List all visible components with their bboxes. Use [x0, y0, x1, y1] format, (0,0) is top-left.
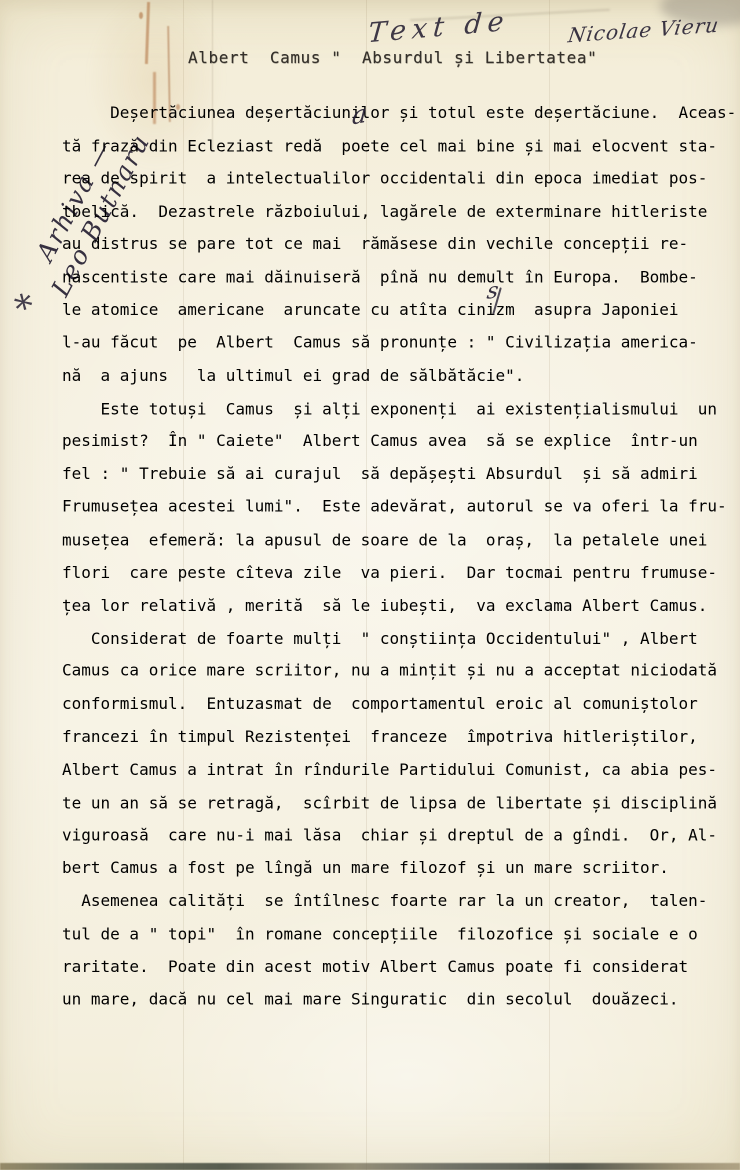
typed-line: bert Camus a fost pe lîngă un mare filoz… [62, 852, 740, 885]
typed-line: viguroasă care nu-i mai lăsa chiar și dr… [62, 819, 740, 852]
typed-line: tbelică. Dezastrele războiului, lagărele… [62, 196, 740, 229]
typed-line: Deșertăciunea deșertăciunilor și totul e… [62, 97, 740, 130]
page-title: Albert Camus " Absurdul și Libertatea" [188, 48, 597, 67]
handwritten-note-text-de: Text de [367, 6, 511, 50]
scanned-typewritten-page: Text de Nicolae Vieru Arhiva — Leo Butna… [0, 0, 740, 1170]
typed-line: tă frază din Ecleziast redă poete cel ma… [62, 130, 740, 163]
typed-line: un mare, dacă nu cel mai mare Singuratic… [62, 983, 740, 1016]
typed-line: Camus ca orice mare scriitor, nu a minți… [62, 655, 740, 688]
typed-line: flori care peste cîteva zile va pieri. D… [62, 557, 740, 590]
typed-line: au distrus se pare tot ce mai rămăsese d… [62, 228, 740, 261]
typed-line: Albert Camus a intrat în rîndurile Parti… [62, 754, 740, 787]
scan-bottom-edge [0, 1163, 740, 1170]
typed-line: le atomice americane aruncate cu atîta c… [62, 294, 740, 327]
typed-line: francezi în timpul Rezistenței franceze … [62, 721, 740, 754]
typed-line: țea lor relativă , merită să le iubești,… [62, 590, 740, 623]
typed-line: Frumusețea acestei lumi". Este adevărat,… [62, 491, 740, 524]
typed-line: nascentiste care mai dăinuiseră pînă nu … [62, 262, 740, 295]
typed-line: pesimist? În " Caiete" Albert Camus avea… [62, 425, 740, 458]
rust-stain [139, 12, 143, 19]
typed-line: fel : " Trebuie să ai curajul să depășeș… [62, 458, 740, 491]
typed-line: rea de spirit a intelectualilor occident… [62, 162, 740, 195]
typed-line: raritate. Poate din acest motiv Albert C… [62, 951, 740, 984]
handwritten-author-name: Nicolae Vieru [566, 13, 720, 48]
typed-line: Considerat de foarte mulți " conștiința … [62, 623, 740, 656]
document-body: Deșertăciunea deșertăciunilor și totul e… [62, 97, 740, 1017]
typed-line: Este totuși Camus și alți exponenți ai e… [62, 393, 740, 426]
typed-line: Asemenea calități se întîlnesc foarte ra… [62, 885, 740, 918]
typed-line: musețea efemeră: la apusul de soare de l… [62, 524, 740, 557]
typed-line: tul de a " topi" în romane concepțiile f… [62, 918, 740, 951]
typed-line: nă a ajuns la ultimul ei grad de sălbătă… [62, 360, 740, 393]
typed-line: te un an să se retragă, scîrbit de lipsa… [62, 787, 740, 820]
handwritten-correction-a: a [351, 98, 368, 130]
typed-line: l-au făcut pe Albert Camus să pronunțe :… [62, 327, 740, 360]
typed-line: conformismul. Entuzasmat de comportament… [62, 688, 740, 721]
